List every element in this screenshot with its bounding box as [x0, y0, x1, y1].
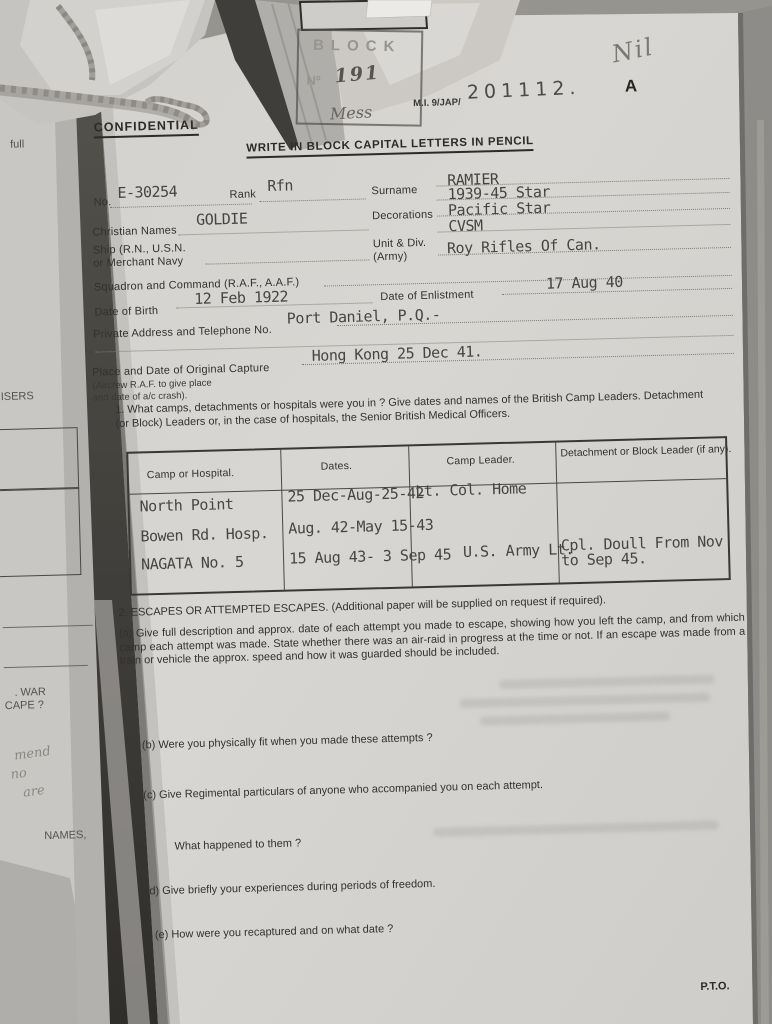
- unit-div-sub-label: (Army): [373, 250, 408, 263]
- pto-footer: P.T.O.: [700, 980, 729, 993]
- capture-label-line1: Place and Date of Original Capture: [92, 362, 270, 379]
- decorations-label: Decorations: [372, 209, 433, 223]
- margin-box: [0, 487, 81, 577]
- block-number-stamp: BLOCK Nº 191 Mess: [296, 28, 424, 126]
- rank-value: Rfn: [267, 176, 293, 195]
- table-header-dates: Dates.: [321, 460, 353, 473]
- margin-text-cape: CAPE ?: [5, 699, 44, 712]
- table-header-camp: Camp or Hospital.: [147, 467, 235, 481]
- question2-d: (d) Give briefly your experiences during…: [146, 878, 436, 898]
- margin-box: [0, 427, 79, 491]
- pencil-note-nil: Nil: [610, 32, 657, 68]
- margin-scribble-3: are: [22, 783, 45, 801]
- table-cell-camp-3: NAGATA No. 5: [141, 553, 244, 574]
- question2-c2: What happened to them ?: [174, 837, 301, 852]
- ref-printed: M.I. 9/JAP/: [413, 97, 461, 109]
- unit-div-label: Unit & Div.: [373, 237, 427, 250]
- christian-names-label: Christian Names: [92, 224, 177, 238]
- stamp-script-handwritten: Mess: [329, 102, 372, 123]
- ref-handwritten-number: 201112.: [466, 77, 580, 104]
- capture-label-line2: (Aircrew R.A.F. to give place: [92, 378, 212, 392]
- question2-a: (a) Give full description and approx. da…: [119, 612, 746, 669]
- ship-label-line1: Ship (R.N., U.S.N.: [93, 242, 186, 256]
- stamp-number-handwritten: 191: [334, 62, 381, 88]
- question2-heading: 2. ESCAPES OR ATTEMPTED ESCAPES. (Additi…: [118, 594, 606, 619]
- address-label: Private Address and Telephone No.: [93, 324, 272, 341]
- camps-table: Camp or Hospital. Dates. Camp Leader. De…: [126, 436, 731, 596]
- form-title: WRITE IN BLOCK CAPITAL LETTERS IN PENCIL: [246, 135, 534, 159]
- margin-text-isers: ISERS: [1, 390, 34, 403]
- margin-scribble-2: no: [10, 766, 28, 783]
- table-header-detachment: Detachment or Block Leader (if any).: [560, 443, 718, 460]
- rank-label: Rank: [229, 188, 256, 201]
- ship-label-line2: or Merchant Navy: [93, 255, 183, 269]
- surname-label: Surname: [371, 184, 417, 197]
- scanned-pow-questionnaire: CONFIDENTIAL BLOCK Nº 191 Mess M.I. 9/JA…: [0, 0, 772, 1024]
- question2-e: (e) How were you recaptured and on what …: [155, 923, 394, 941]
- margin-text-war: . WAR: [14, 686, 46, 699]
- table-cell-camp-1: North Point: [139, 495, 233, 515]
- bleedthrough-smudge: [480, 712, 670, 726]
- decoration-value-3: CVSM: [448, 216, 483, 235]
- question2-c: (c) Give Regimental particulars of anyon…: [143, 779, 543, 801]
- table-header-leader: Camp Leader.: [446, 454, 515, 468]
- table-cell-leader-3: U.S. Army Lt.: [463, 540, 574, 561]
- ref-letter: A: [625, 76, 638, 96]
- margin-scribble-1: mend: [13, 744, 51, 764]
- margin-text-full: full: [10, 138, 24, 150]
- margin-text-names: NAMES,: [44, 829, 86, 842]
- table-cell-detachment-3-line2: to Sep 45.: [561, 549, 647, 569]
- bleedthrough-smudge: [460, 693, 710, 709]
- classification-heading: CONFIDENTIAL: [94, 118, 199, 139]
- christian-names-value: GOLDIE: [196, 210, 248, 229]
- form-content: CONFIDENTIAL BLOCK Nº 191 Mess M.I. 9/JA…: [0, 0, 772, 1024]
- stamp-word: BLOCK: [313, 37, 402, 56]
- no-value: E-30254: [117, 182, 177, 202]
- stamp-no-label: Nº: [306, 73, 320, 88]
- table-cell-camp-2: Bowen Rd. Hosp.: [140, 524, 268, 545]
- bleedthrough-smudge: [433, 820, 718, 836]
- table-cell-dates-1: 25 Dec-Aug-25-42: [287, 484, 424, 506]
- enlistment-label: Date of Enlistment: [380, 289, 474, 303]
- table-cell-leader-1: Lt. Col. Home: [415, 479, 526, 500]
- table-cell-dates-3: 15 Aug 43- 3 Sep 45: [289, 545, 452, 567]
- question2-b: (b) Were you physically fit when you mad…: [142, 732, 433, 752]
- enlistment-value: 17 Aug 40: [546, 273, 623, 293]
- table-cell-dates-2: Aug. 42-May 15-43: [288, 516, 433, 538]
- bleedthrough-smudge: [499, 674, 714, 689]
- dob-label: Date of Birth: [94, 305, 158, 319]
